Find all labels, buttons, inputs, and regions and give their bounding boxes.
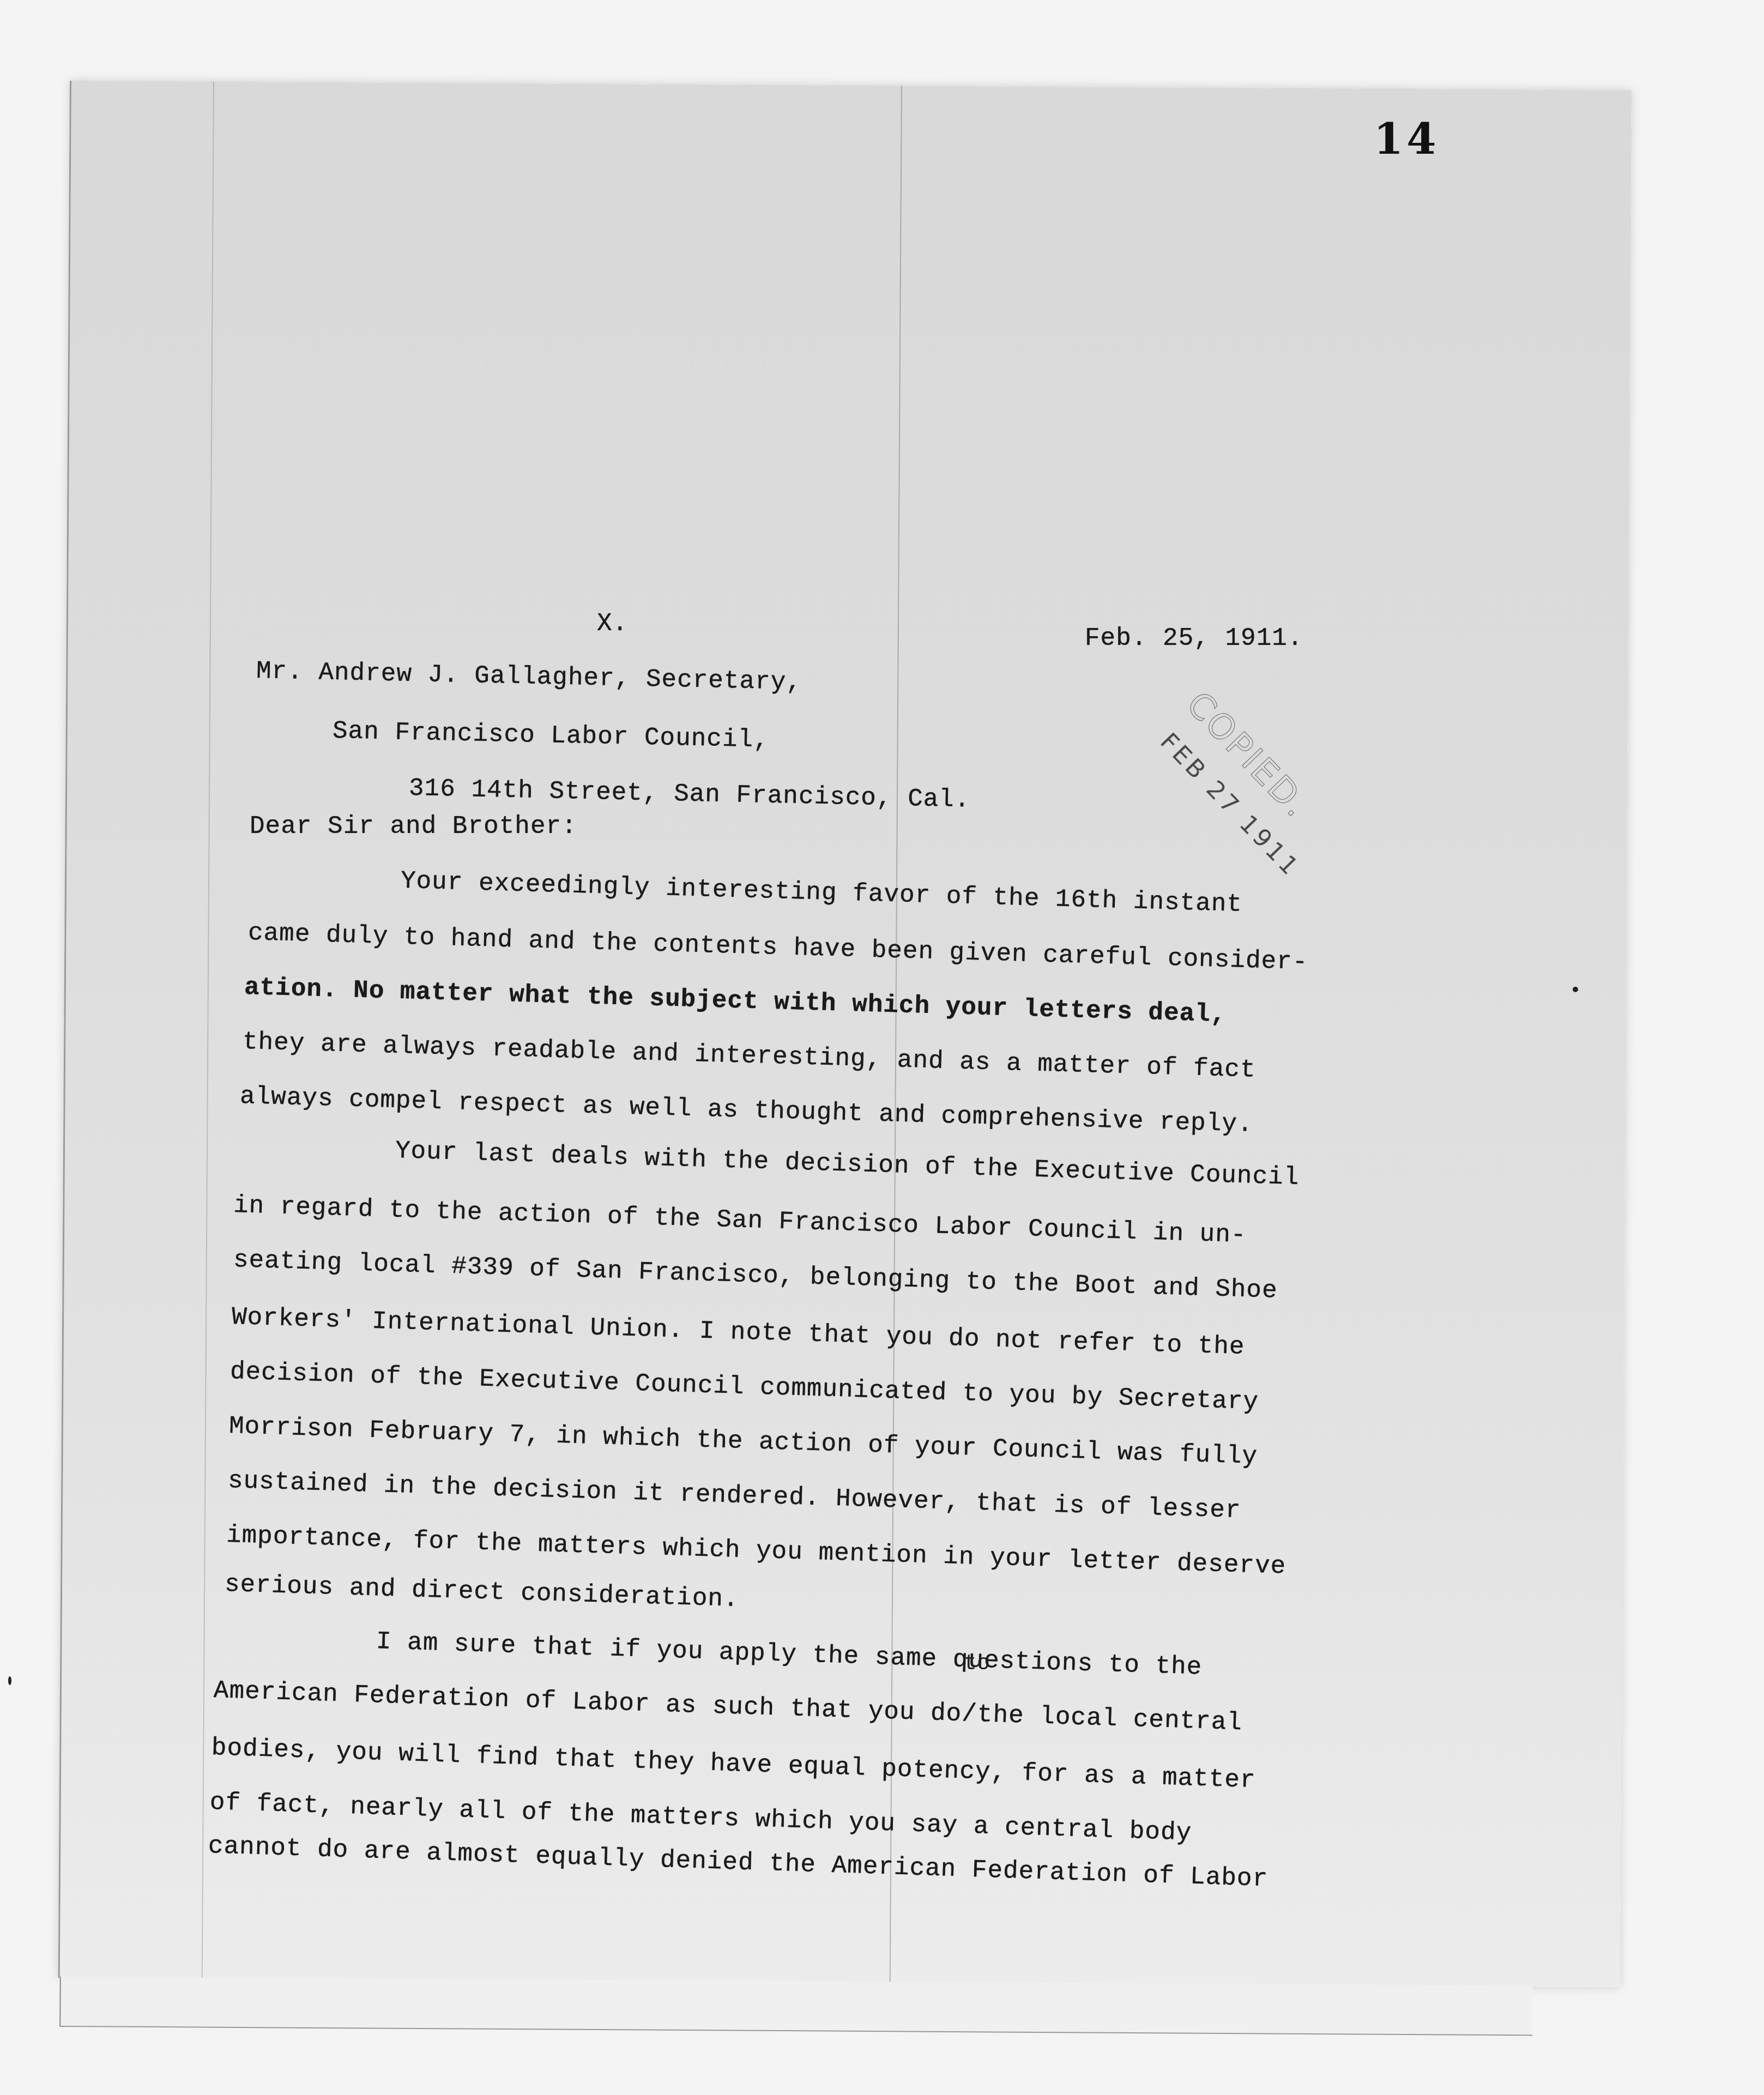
paper-speck xyxy=(8,1676,11,1685)
salutation: Dear Sir and Brother: xyxy=(250,812,577,841)
letter-date: Feb. 25, 1911. xyxy=(1085,624,1303,653)
paper-speck xyxy=(1573,987,1578,992)
interlinear-insertion: to xyxy=(964,1652,990,1676)
bottom-sheet-flap xyxy=(59,1977,1533,2036)
reference-mark: X. xyxy=(597,609,628,638)
page-number: 14 xyxy=(1374,114,1440,164)
sheet-edge-fold xyxy=(202,82,214,1979)
